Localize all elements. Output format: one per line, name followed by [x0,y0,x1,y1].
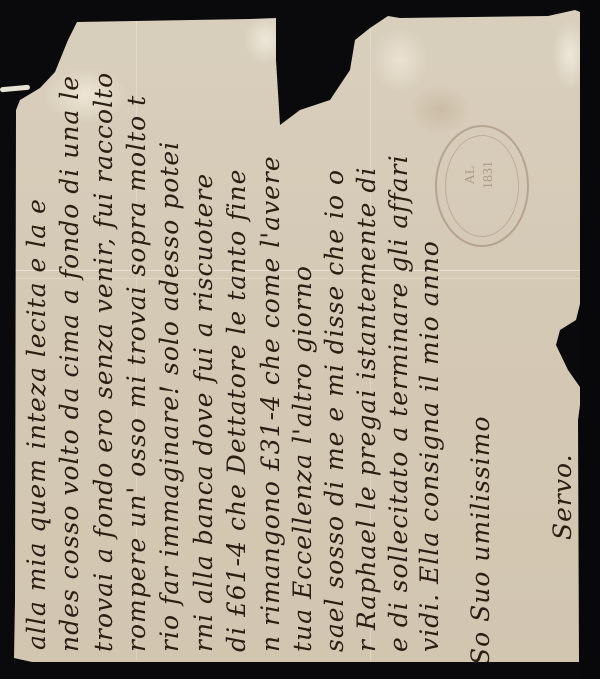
right-black-edge [580,0,600,679]
circular-postmark: AL 1831 [435,125,529,247]
handwritten-line: vidi. Ella consigna il mio anno [415,240,444,652]
postmark-text-line: AL [462,150,480,200]
handwritten-closing: So Suo umilissimo [466,415,495,665]
postmark-text-line: 1831 [480,150,498,200]
handwritten-line: trovai a fondo ero senza venir, fui racc… [89,72,118,652]
handwritten-line: sael sosso di me e mi disse che io o [320,169,349,652]
handwritten-line: r Raphael le pregai istantemente di [352,167,381,652]
handwritten-line: rompere un' osso mi trovai sopra molto t [122,95,151,652]
handwritten-line: e di sollecitato a terminare gli affari [384,154,413,652]
handwritten-line: ndes cosso volto da cima a fondo di una … [55,75,84,652]
handwritten-line: tua Eccellenza l'altro giorno [288,265,317,652]
handwritten-line: rio far immaginare! solo adesso potei [155,141,184,652]
paper-tear-strand [0,85,30,93]
black-background: AL 1831 alla mia quem inteza lecita e la… [0,0,600,679]
handwritten-line: n rimangono £31-4 che come l'avere [256,155,285,652]
handwritten-line: di £61-4 che Dettatore le tanto fine [222,169,251,652]
postmark-text: AL 1831 [462,150,498,200]
handwritten-line: rni alla banca dove fui a riscuotere [189,173,218,652]
handwritten-signature: Servo. [548,453,577,540]
letter-paper: AL 1831 alla mia quem inteza lecita e la… [0,0,600,679]
handwritten-line: alla mia quem inteza lecita e la e [22,198,51,650]
